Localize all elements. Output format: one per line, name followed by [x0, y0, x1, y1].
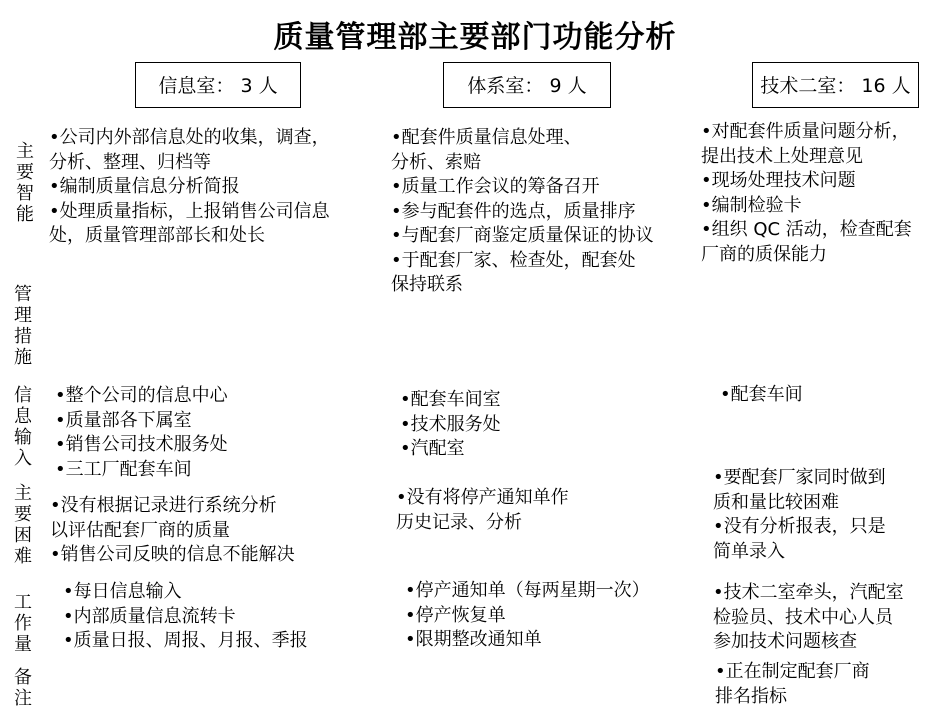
- page-title: 质量管理部主要部门功能分析: [0, 12, 950, 56]
- dept-box-tech-room-2: 技术二室： 16 人: [752, 62, 919, 108]
- row-label-notes: 备 注: [11, 667, 35, 709]
- row-label-workload: 工 作 量: [11, 592, 35, 655]
- cell-inputs-system: •配套车间室 •技术服务处 •汽配室: [400, 388, 501, 462]
- cell-workload-tech: •技术二室牵头，汽配室 检验员、技术中心人员 参加技术问题核查: [713, 581, 904, 655]
- dept-label: 信息室： 3 人: [158, 75, 277, 97]
- cell-difficulties-info: •没有根据记录进行系统分析 以评估配套厂商的质量 •销售公司反映的信息不能解决: [50, 494, 295, 568]
- dept-box-info-room: 信息室： 3 人: [135, 62, 301, 108]
- row-label-difficulties: 主 要 困 难: [11, 483, 35, 567]
- cell-inputs-tech: •配套车间: [720, 383, 803, 408]
- dept-label: 技术二室： 16 人: [760, 75, 910, 97]
- cell-functions-info: •公司内外部信息处的收集，调查， 分析、整理、归档等 •编制质量信息分析简报 •…: [49, 126, 330, 249]
- row-label-inputs: 信 息 输 入: [11, 385, 35, 469]
- cell-difficulties-tech: •要配套厂家同时做到 质和量比较困难 •没有分析报表，只是 简单录入: [713, 466, 886, 564]
- row-label-measures: 管 理 措 施: [11, 284, 35, 368]
- cell-workload-system: •停产通知单（每两星期一次） •停产恢复单 •限期整改通知单: [405, 579, 650, 653]
- cell-inputs-info: •整个公司的信息中心 •质量部各下属室 •销售公司技术服务处 •三工厂配套车间: [55, 384, 228, 482]
- dept-label: 体系室： 9 人: [467, 75, 586, 97]
- dept-box-system-room: 体系室： 9 人: [443, 62, 611, 108]
- cell-difficulties-system: •没有将停产通知单作 历史记录、分析: [396, 486, 569, 535]
- row-label-functions: 主 要 智 能: [13, 141, 37, 225]
- cell-workload-info: •每日信息输入 •内部质量信息流转卡 •质量日报、周报、月报、季报: [63, 580, 308, 654]
- cell-notes-tech: •正在制定配套厂商 排名指标: [715, 660, 870, 709]
- cell-functions-tech: •对配套件质量问题分析， 提出技术上处理意见 •现场处理技术问题 •编制检验卡 …: [701, 120, 912, 267]
- cell-functions-system: •配套件质量信息处理、 分析、索赔 •质量工作会议的筹备召开 •参与配套件的选点…: [391, 126, 654, 298]
